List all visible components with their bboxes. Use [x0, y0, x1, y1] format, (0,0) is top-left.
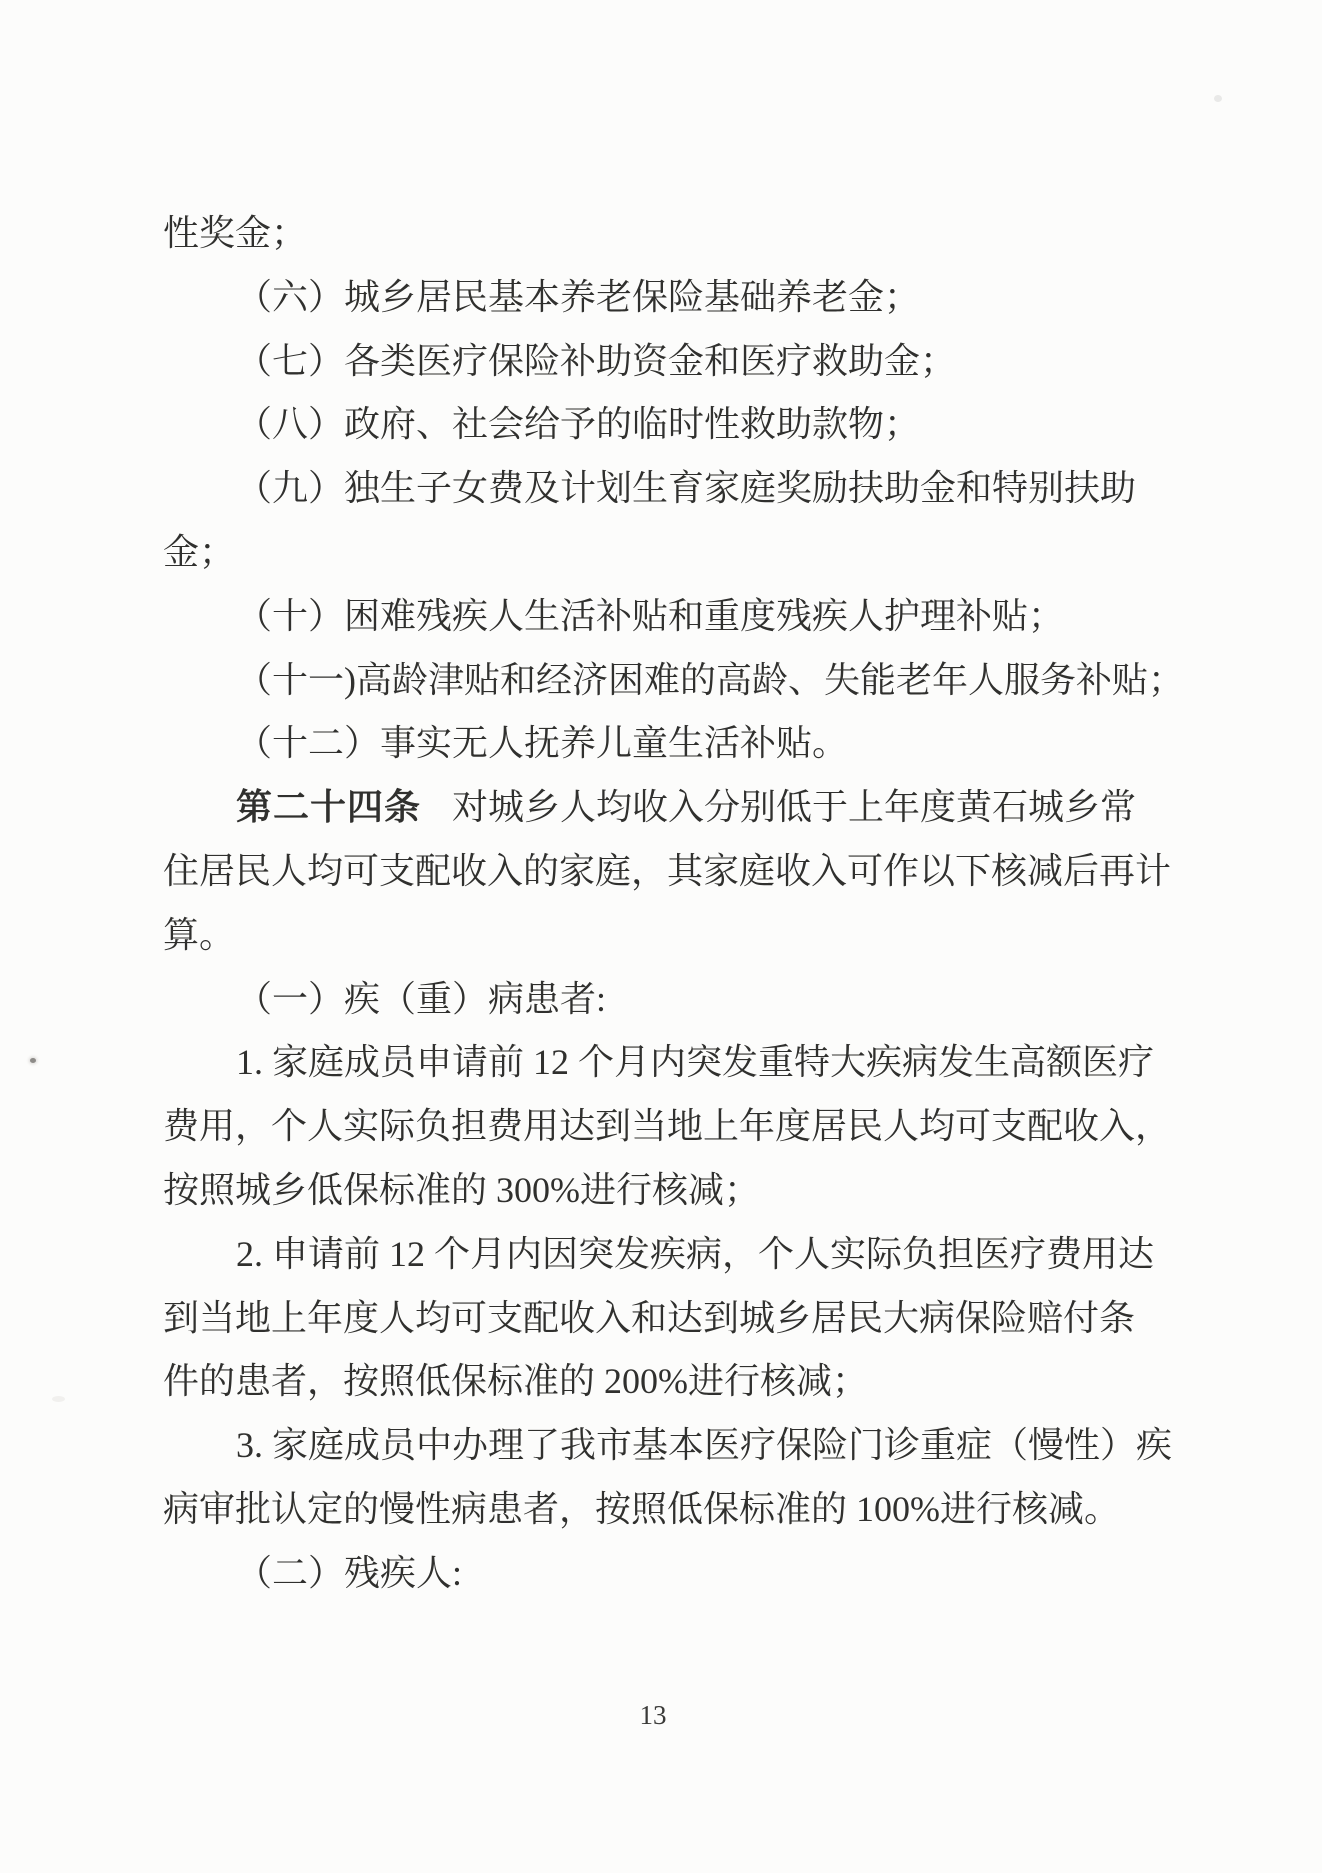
text-line: （八）政府、社会给予的临时性救助款物；: [163, 393, 1243, 457]
document-page: 性奖金； （六）城乡居民基本养老保险基础养老金； （七）各类医疗保险补助资金和医…: [0, 0, 1322, 1873]
text-line: 性奖金；: [163, 202, 1243, 266]
text-line: 费用，个人实际负担费用达到当地上年度居民人均可支配收入，: [163, 1095, 1243, 1159]
text-line: 件的患者，按照低保标准的 200%进行核减；: [163, 1350, 1243, 1414]
line-text: 1. 家庭成员申请前 12 个月内突发重特大疾病发生高额医疗: [236, 1042, 1154, 1082]
line-text: （十一)高龄津贴和经济困难的高龄、失能老年人服务补贴；: [236, 660, 1184, 700]
line-text: 费用，个人实际负担费用达到当地上年度居民人均可支配收入，: [163, 1106, 1171, 1146]
text-line: （九）独生子女费及计划生育家庭奖励扶助金和特别扶助: [163, 457, 1243, 521]
line-text: （六）城乡居民基本养老保险基础养老金；: [236, 277, 920, 317]
line-text: 算。: [163, 915, 235, 955]
line-text: 按照城乡低保标准的 300%进行核减；: [163, 1170, 760, 1210]
line-text: （一）疾（重）病患者:: [236, 979, 606, 1019]
line-text: 住居民人均可支配收入的家庭，其家庭收入可作以下核减后再计: [163, 851, 1171, 891]
line-text: （七）各类医疗保险补助资金和医疗救助金；: [236, 341, 956, 381]
line-text: （十二）事实无人抚养儿童生活补贴。: [236, 723, 848, 763]
text-line: （六）城乡居民基本养老保险基础养老金；: [163, 266, 1243, 330]
text-line: 按照城乡低保标准的 300%进行核减；: [163, 1159, 1243, 1223]
text-line: 算。: [163, 904, 1243, 968]
line-text: （二）残疾人:: [236, 1553, 462, 1593]
line-text: 对城乡人均收入分别低于上年度黄石城乡常: [452, 787, 1136, 827]
text-line: 病审批认定的慢性病患者，按照低保标准的 100%进行核减。: [163, 1478, 1243, 1542]
text-line: 金；: [163, 521, 1243, 585]
line-text: （十）困难残疾人生活补贴和重度残疾人护理补贴；: [236, 596, 1064, 636]
line-text: 到当地上年度人均可支配收入和达到城乡居民大病保险赔付条: [163, 1298, 1135, 1338]
text-line: （一）疾（重）病患者:: [163, 968, 1243, 1032]
page-number: 13: [0, 1700, 1314, 1731]
text-line: （十二）事实无人抚养儿童生活补贴。: [163, 712, 1243, 776]
text-line: 第二十四条对城乡人均收入分别低于上年度黄石城乡常: [163, 776, 1243, 840]
line-text: （九）独生子女费及计划生育家庭奖励扶助金和特别扶助: [236, 468, 1136, 508]
text-line: 到当地上年度人均可支配收入和达到城乡居民大病保险赔付条: [163, 1287, 1243, 1351]
line-text: 病审批认定的慢性病患者，按照低保标准的 100%进行核减。: [163, 1489, 1120, 1529]
text-line: （十一)高龄津贴和经济困难的高龄、失能老年人服务补贴；: [163, 649, 1243, 713]
text-line: （二）残疾人:: [163, 1542, 1243, 1606]
text-line: 2. 申请前 12 个月内因突发疾病，个人实际负担医疗费用达: [163, 1223, 1243, 1287]
line-text: （八）政府、社会给予的临时性救助款物；: [236, 404, 920, 444]
line-text: 2. 申请前 12 个月内因突发疾病，个人实际负担医疗费用达: [236, 1234, 1154, 1274]
text-line: 住居民人均可支配收入的家庭，其家庭收入可作以下核减后再计: [163, 840, 1243, 904]
line-text: 金；: [163, 532, 235, 572]
line-text: 性奖金；: [163, 213, 307, 253]
text-line: 1. 家庭成员申请前 12 个月内突发重特大疾病发生高额医疗: [163, 1031, 1243, 1095]
scan-artifact-dot: [30, 1058, 36, 1063]
scan-artifact-smudge: [52, 1396, 65, 1402]
text-line: （七）各类医疗保险补助资金和医疗救助金；: [163, 330, 1243, 394]
article-number: 第二十四条: [236, 787, 421, 827]
line-text: 3. 家庭成员中办理了我市基本医疗保险门诊重症（慢性）疾: [236, 1425, 1172, 1465]
text-line: 3. 家庭成员中办理了我市基本医疗保险门诊重症（慢性）疾: [163, 1414, 1243, 1478]
document-body: 性奖金； （六）城乡居民基本养老保险基础养老金； （七）各类医疗保险补助资金和医…: [163, 202, 1243, 1606]
line-text: 件的患者，按照低保标准的 200%进行核减；: [163, 1361, 868, 1401]
scan-artifact-speck: [1214, 95, 1222, 102]
text-line: （十）困难残疾人生活补贴和重度残疾人护理补贴；: [163, 585, 1243, 649]
